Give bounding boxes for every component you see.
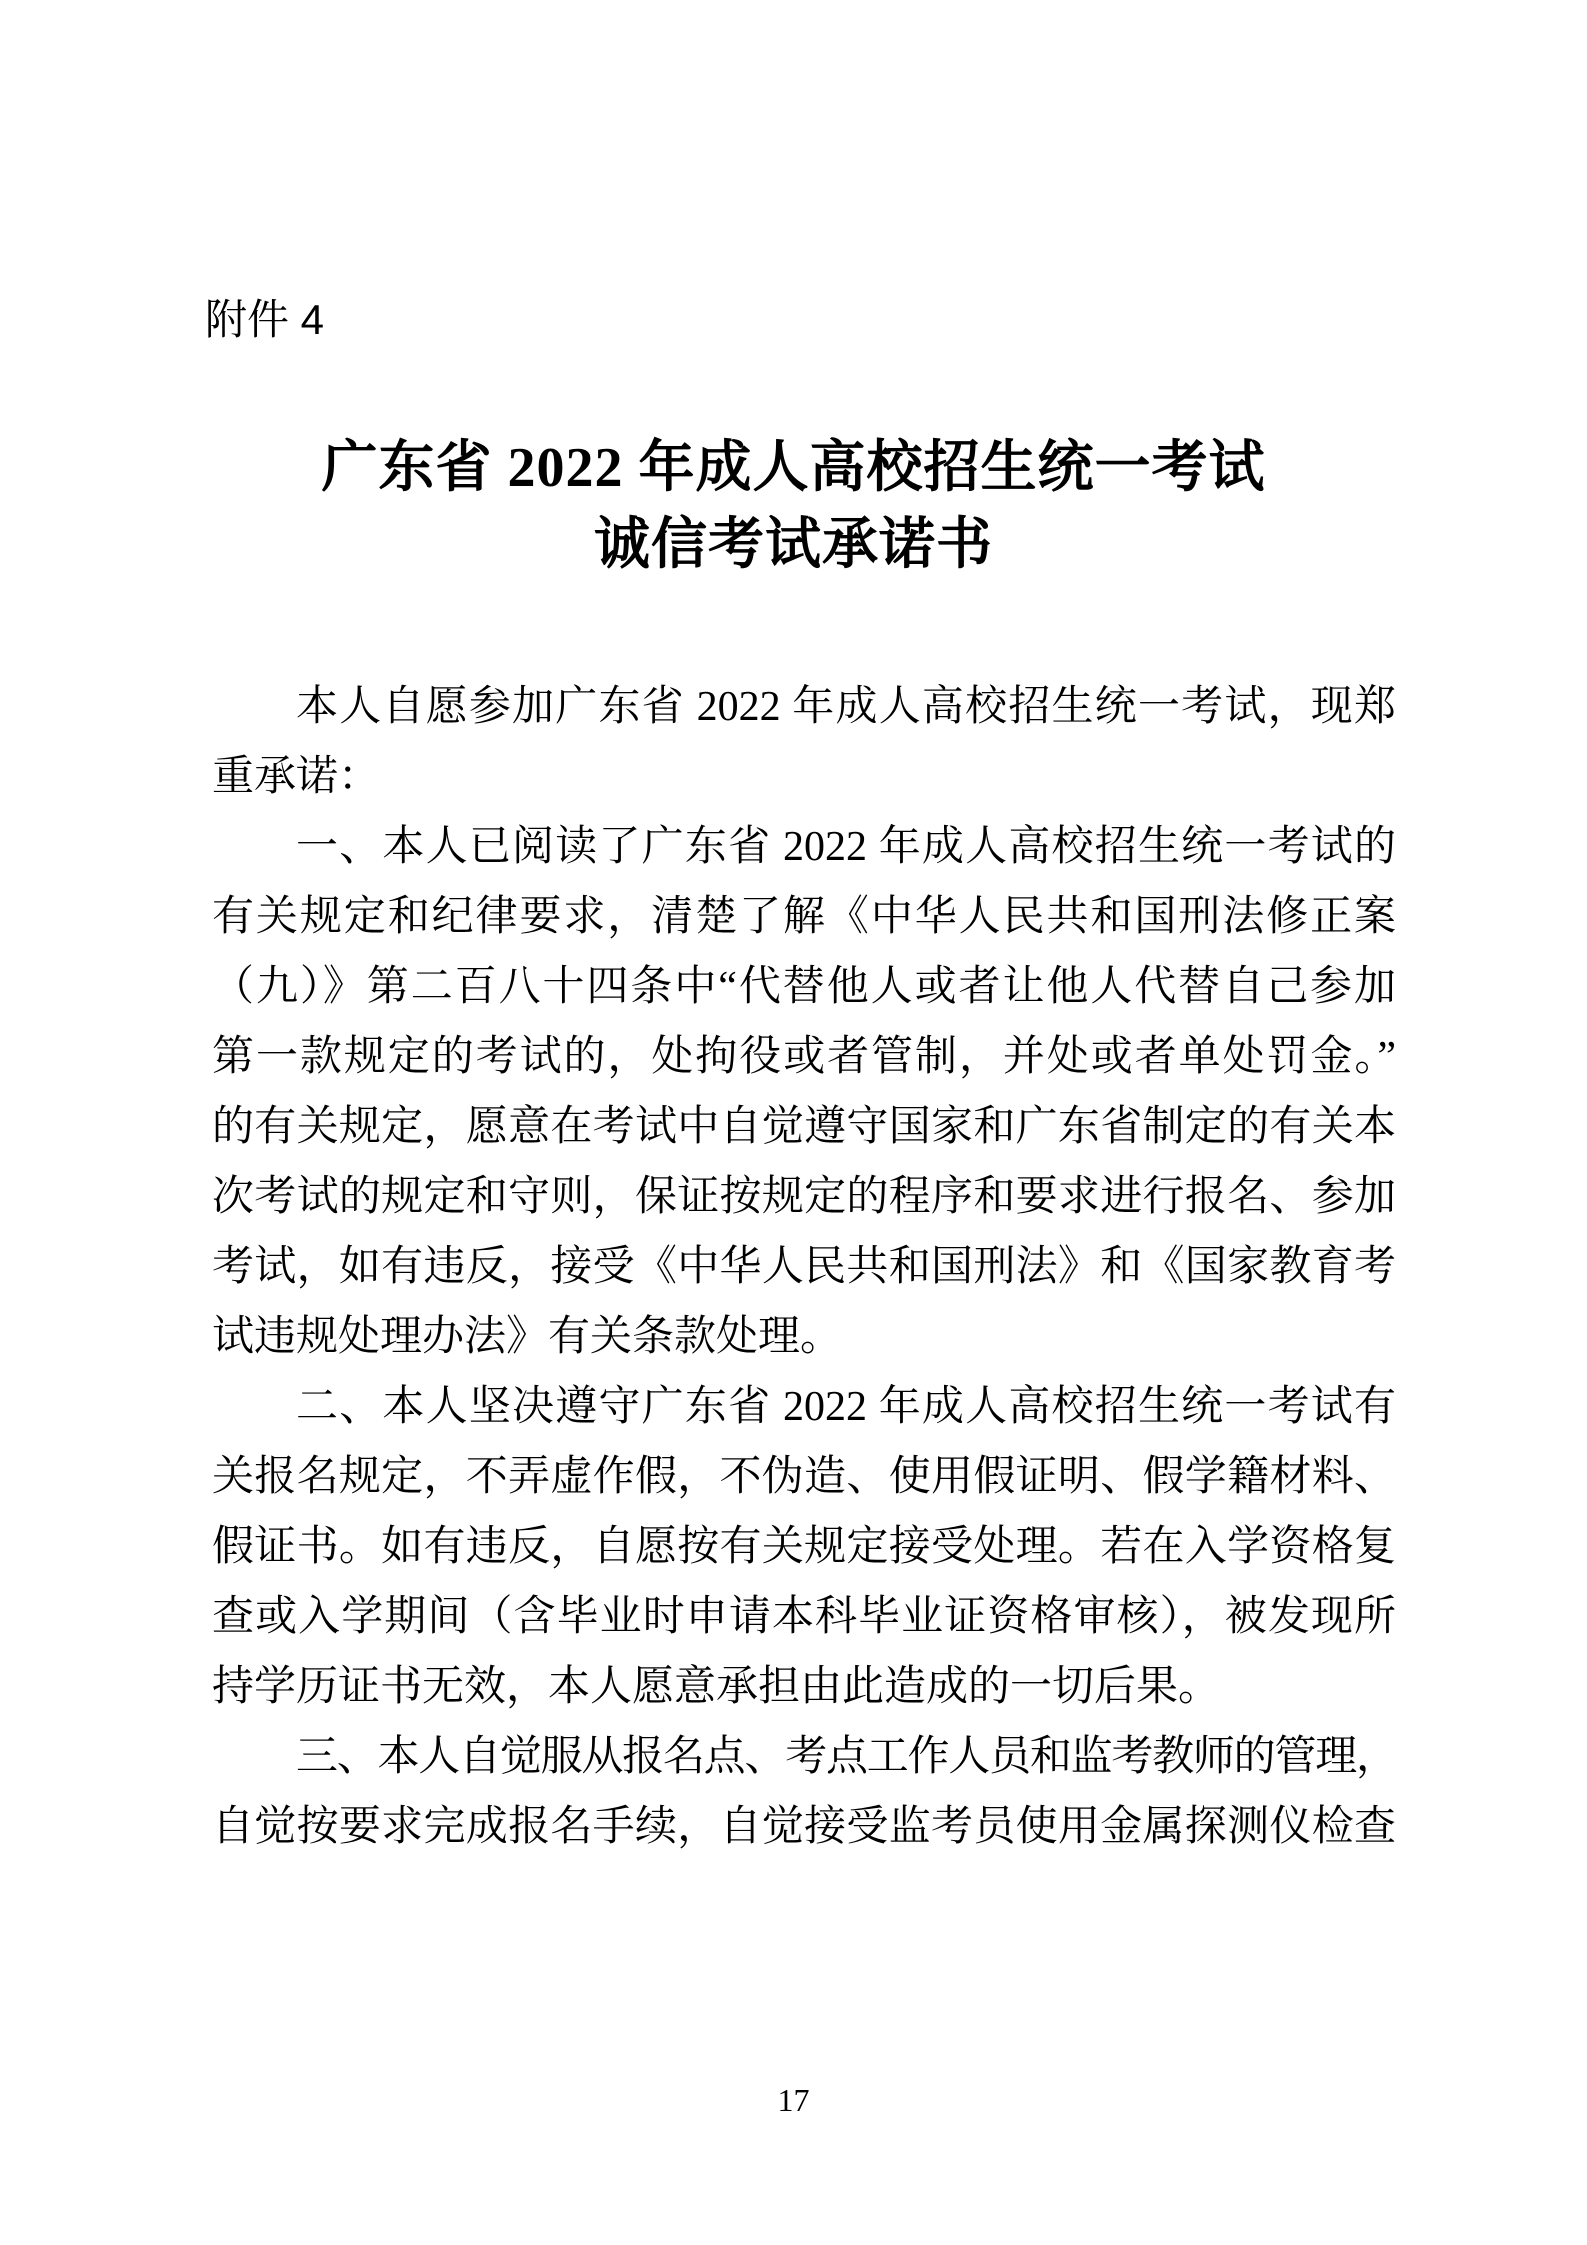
attachment-label: 附件 4 <box>205 296 324 344</box>
document-page: 附件 4 广东省 2022 年成人高校招生统一考试 诚信考试承诺书 本人自愿参加… <box>0 0 1587 2245</box>
body-line: 假证书。如有违反，自愿按有关规定接受处理。若在入学资格复 <box>212 1512 1396 1582</box>
body-line: 三、本人自觉服从报名点、考点工作人员和监考教师的管理， <box>212 1722 1396 1792</box>
body-line: 重承诺： <box>212 742 1396 812</box>
body-line: 次考试的规定和守则，保证按规定的程序和要求进行报名、参加 <box>212 1162 1396 1232</box>
body-line: 二、本人坚决遵守广东省 2022 年成人高校招生统一考试有 <box>212 1372 1396 1442</box>
body-line: 自觉按要求完成报名手续，自觉接受监考员使用金属探测仪检查 <box>212 1792 1396 1862</box>
body-line: 关报名规定，不弄虚作假，不伪造、使用假证明、假学籍材料、 <box>212 1442 1396 1512</box>
page-number: 17 <box>0 2082 1587 2118</box>
title-line-1: 广东省 2022 年成人高校招生统一考试 <box>0 430 1587 507</box>
body-line: 试违规处理办法》有关条款处理。 <box>212 1302 1396 1372</box>
body-line: 的有关规定，愿意在考试中自觉遵守国家和广东省制定的有关本 <box>212 1092 1396 1162</box>
body-line: 一、本人已阅读了广东省 2022 年成人高校招生统一考试的 <box>212 812 1396 882</box>
body-line: 考试，如有违反，接受《中华人民共和国刑法》和《国家教育考 <box>212 1232 1396 1302</box>
body-line: 第一款规定的考试的，处拘役或者管制，并处或者单处罚金。” <box>212 1022 1396 1092</box>
body-line: （九）》第二百八十四条中“代替他人或者让他人代替自己参加 <box>212 952 1396 1022</box>
body-line: 查或入学期间（含毕业时申请本科毕业证资格审核），被发现所 <box>212 1582 1396 1652</box>
document-body: 本人自愿参加广东省 2022 年成人高校招生统一考试，现郑重承诺：一、本人已阅读… <box>212 672 1396 1862</box>
body-line: 持学历证书无效，本人愿意承担由此造成的一切后果。 <box>212 1652 1396 1722</box>
document-title: 广东省 2022 年成人高校招生统一考试 诚信考试承诺书 <box>0 430 1587 584</box>
body-line: 有关规定和纪律要求，清楚了解《中华人民共和国刑法修正案 <box>212 882 1396 952</box>
title-line-2: 诚信考试承诺书 <box>0 507 1587 584</box>
body-line: 本人自愿参加广东省 2022 年成人高校招生统一考试，现郑 <box>212 672 1396 742</box>
